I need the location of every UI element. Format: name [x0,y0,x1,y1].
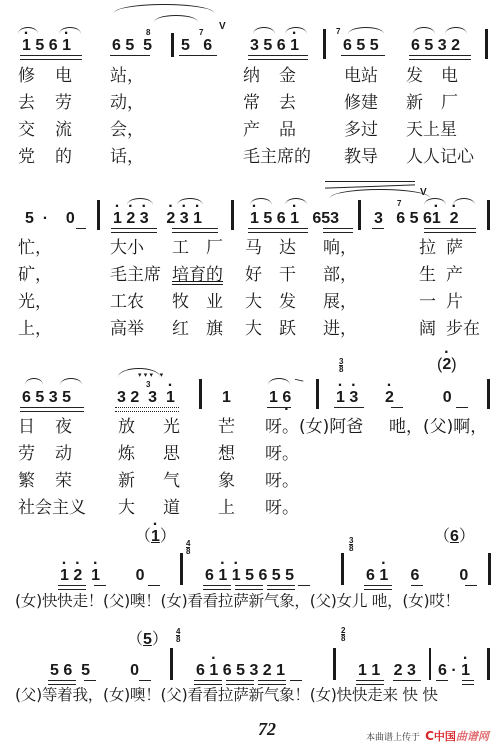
breath-mark: \ [294,376,305,384]
note: 6 [196,662,205,679]
ts-denominator: 8 [176,635,180,643]
ts-numerator: 3 [339,358,343,365]
bar-line [333,648,336,680]
lyric-line: (女)快快走！(父)噢！(女)看看拉萨新气象，(父)女儿 吔，(女)哎！ [15,591,460,611]
lyric: 工农 [110,292,144,312]
beam-underline [372,228,384,229]
ts-numerator: 2 [341,627,345,634]
lyric: 品 [279,120,296,140]
lyric: 新 [118,471,135,491]
lyric: 厂 [441,93,458,113]
lyric: 电 [441,66,458,86]
note: 1 [209,662,218,679]
note-measure-2: 1 2 3 2 3 1 [113,210,202,228]
note: 6 [258,567,267,584]
lyric: 气 [163,471,180,491]
lyric: 大 [245,319,262,339]
note-measure-2: 6 1 1 5 6 5 5 [205,567,294,585]
note: 1 [166,389,175,406]
lyric: 大小 [110,238,144,258]
note: 6 [423,210,432,227]
ts-numerator: 4 [186,540,190,547]
beam-underline [172,228,218,233]
beam-underline [391,407,403,408]
note: 2 [394,662,403,679]
beam-underline [235,585,263,590]
lyric: 马 [245,238,262,258]
note: 2 [442,356,451,373]
bar-line [341,553,344,585]
note-measure-2: 6 5 5 [112,37,152,55]
note: 5 [143,631,152,648]
slur [348,27,384,34]
beam-underline [341,55,385,56]
note-measure-3: 6 1 6 0 [366,567,468,585]
note: 5 [263,210,272,227]
note: 2 [450,210,459,227]
slur [60,378,82,385]
lyric: 放 [118,417,135,437]
note: 1 [461,662,470,679]
note-measure-3: 1 3 2 0 [336,389,452,407]
note: 3 [49,389,58,406]
lyric: 道 [163,498,180,518]
slur [268,378,290,385]
note-measure-3: 5 6 [181,37,212,55]
lyric: 多过 [344,120,378,140]
note: 1 [218,567,227,584]
lyric: 新 [406,93,423,113]
note: 5 [424,37,433,54]
note: 5 [410,210,419,227]
beam-underline [76,228,86,229]
lyric: 上 [218,498,235,518]
lyric: 修建 [344,93,378,113]
note-measure-4: 3 5 6 1 [250,37,299,55]
slur [424,198,446,205]
lyric: 一 [419,292,436,312]
ts-denominator: 8 [186,547,190,555]
slur [445,27,467,34]
brand-name-part2: 曲谱网 [456,730,489,743]
lyric: 产 [243,120,260,140]
beam-underline [436,680,448,681]
time-signature: 4 8 [186,540,190,555]
lyric: 光 [163,417,180,437]
lyric: 业 [206,292,223,312]
lyric: 思 [163,444,180,464]
lyric: 纳 [243,66,260,86]
time-signature: 3 8 [349,537,353,552]
note: 3 [249,662,258,679]
note: 6 [277,37,286,54]
beam-underline [323,228,353,233]
breath-mark: V [420,187,427,198]
beam-underline [248,228,308,233]
tie [154,15,198,22]
beam-underline [203,585,231,590]
lyric: 芒 [218,417,235,437]
lyric: 生 [419,265,436,285]
slur [253,27,275,34]
note: 5 [62,389,71,406]
lyric: 金 [279,66,296,86]
lyric: 电 [55,66,72,86]
lyric: 拉 [419,238,436,258]
note: 6 [205,567,214,584]
paren: （ [127,631,143,648]
bar-line [485,29,488,59]
lyric: 部， [323,265,357,285]
note-measure-4: 3 6 5 61 2 [374,210,459,228]
lyric: 响， [323,238,357,258]
lyric: 厂 [206,238,223,258]
paren: ） [152,631,168,648]
lyric: 劳 [55,93,72,113]
note: 5 [143,37,152,54]
bar-line [487,379,490,409]
lyric: 跃 [279,319,296,339]
lyric: 高举 [110,319,144,339]
lyric: 劳 [18,444,35,464]
accent-marks: ▾ ▾ ▾ ▾ [138,371,163,379]
lyric: 社会主义 [18,498,86,518]
note: 3 [148,389,157,406]
note: 3 [407,662,416,679]
lyric: 呀。 [265,498,299,518]
lyric: 光， [18,292,52,312]
note: 3 [140,210,149,227]
note: 2 [130,389,139,406]
note: 1 [290,37,299,54]
site-logo-icon: C [425,729,434,743]
note: 1 [269,389,278,406]
alt-note: （1） [135,528,176,546]
note: 2 [451,37,460,54]
bar-line [170,648,173,680]
bar-line [97,200,100,230]
dot: · [43,210,48,227]
time-signature: 4 8 [176,628,180,643]
lyric: 修 [18,66,35,86]
bar-line [231,200,234,230]
lyric: 日 [18,417,35,437]
lyric: 大 [245,292,262,312]
grace-note: 7 [336,27,340,36]
lyric: 干 [279,265,296,285]
note: 6 [396,210,405,227]
note: 5 [236,662,245,679]
note: 1 [60,567,69,584]
note: 2 [166,210,175,227]
rest: 0 [136,567,145,584]
note: 1 [91,567,100,584]
note: 1 [358,662,367,679]
beam-underline [20,407,84,412]
rest: 0 [130,662,139,679]
slur [413,27,435,34]
note: 6 [366,567,375,584]
ts-numerator: 4 [176,628,180,635]
note: 5 [50,662,59,679]
lyric: 矿， [18,265,52,285]
beam-underline [465,585,477,586]
rest: 0 [66,210,75,227]
lyric: 牧 [172,292,189,312]
lyric: 话， [110,147,144,167]
note: 6 [49,37,58,54]
note: 5 [125,37,134,54]
lyric: 展， [323,292,357,312]
note: 2 [126,210,135,227]
lyric: 大 [118,498,135,518]
lyric: 的 [55,147,72,167]
rest: 0 [459,567,468,584]
lyric: 片 [446,292,463,312]
lyric: 达 [279,238,296,258]
grace-note: 8 [146,28,150,37]
beam-underline [248,55,308,60]
note-measure-6: 6 5 3 2 [411,37,460,55]
note: 1 [193,210,202,227]
alt-note: （6） [434,528,475,546]
beam-underline [267,585,295,590]
paren: ） [160,528,176,545]
note: 3 [250,37,259,54]
hairpin-line [325,184,415,188]
lyric: 天上星 [406,120,457,140]
watermark-text: 本曲谱上传于 [366,733,420,743]
lyric: 想 [218,444,235,464]
beam-underline [298,585,310,586]
note-measure-1: 6 5 3 5 [22,389,71,407]
note: 6 [22,389,31,406]
note: 1 [290,210,299,227]
lyric: 呀。 [265,471,299,491]
lyric: 去 [18,93,35,113]
note: 5 [263,37,272,54]
hairpin-line [325,181,415,182]
paren: ） [459,528,475,545]
lyric: 忙， [18,238,52,258]
ts-denominator: 8 [339,365,343,373]
bar-line [488,553,491,585]
note: 6 [277,210,286,227]
note: 6 [312,210,321,227]
lyric: 旗 [206,319,223,339]
bar-line [171,33,174,57]
ts-denominator: 8 [349,544,353,552]
grace-note: 7 [199,28,203,37]
note: 2 [263,662,272,679]
lyric: 呀。 [265,444,299,464]
note: 5 [321,210,330,227]
beam-underline [94,585,106,586]
lyric: 好 [245,265,262,285]
watermark: 本曲谱上传于 C中国曲谱网 [366,725,489,744]
bar-line [487,200,490,230]
lyric: 工 [172,238,189,258]
rest: 0 [443,389,452,406]
dashed-bar-line [429,648,431,680]
page-number: 72 [258,719,276,740]
lyric: 动 [55,444,72,464]
note-measure-3: 1 1 2 3 [358,662,416,680]
note-measure-1: 5 6 5 0 [50,662,139,680]
time-signature: 2 8 [341,627,345,642]
note: 6 [112,37,121,54]
phrase-slur [330,189,430,198]
note: 6 [411,567,420,584]
lyric: 萨 [446,238,463,258]
note: 5 [370,37,379,54]
lyric: 党 [18,147,35,167]
bar-line [199,379,202,409]
beam-underline [424,228,476,233]
beam-underline [334,407,364,408]
ts-denominator: 8 [341,634,345,642]
beam-underline [115,407,179,412]
beam-underline [267,407,291,408]
beam-underline [411,585,423,586]
phrase-slur [114,4,214,13]
note-measure-2: 6 1 6 5 3 2 1 [196,662,285,680]
lyric: 炼 [118,444,135,464]
lyric: 产 [446,265,463,285]
beam-underline [58,585,86,590]
breath-mark: V [219,21,226,32]
bar-line [323,29,326,59]
bar-line [358,200,361,230]
note: 2 [385,389,394,406]
note: 6 [438,662,447,679]
bar-line [180,553,183,585]
lyric: 会， [110,120,144,140]
note: 1 [276,662,285,679]
note-measure-1: 5 · 0 [25,210,75,228]
note: 5 [285,567,294,584]
beam-underline [84,680,96,681]
slur [59,27,81,34]
grace-note: 7 [397,199,401,208]
note: 5 [245,567,254,584]
lyric: 阔 [419,319,436,339]
lyric: 流 [55,120,72,140]
note-measure-2b: 1 6 [269,389,291,407]
note: 1 [113,210,122,227]
lyric: 电站 [344,66,378,86]
note: 1 [371,662,380,679]
paren: （ [135,528,151,545]
lyric-line: (父)等着我，(女)噢！(父)看看拉萨新气象！(女)快快走来 快 快 [15,685,438,705]
beam-underline [139,680,151,681]
beam-underline [364,585,392,590]
lyric: 繁 [18,471,35,491]
lyric: 吔，(父)啊， [389,417,487,437]
note: 5 [35,389,44,406]
note: 5 [356,37,365,54]
lyric: 进， [323,319,357,339]
note: 3 [349,389,358,406]
note: 1 [432,210,441,227]
note: 1 [151,528,160,545]
ts-numerator: 3 [349,537,353,544]
lyric-underlined: 培育的 [172,265,223,285]
beam-underline [179,55,217,56]
bar-line [487,648,490,680]
time-signature: 3 8 [339,358,343,373]
note: 1 [379,567,388,584]
lyric: 动， [110,93,144,113]
alt-note: (2) [437,356,457,374]
note: 3 [180,210,189,227]
note: 6 [203,37,212,54]
note: 2 [73,567,82,584]
lyric: 交 [18,120,35,140]
note: 1 [232,567,241,584]
note: 3 [117,389,126,406]
note: 5 [35,37,44,54]
lyric: 荣 [55,471,72,491]
note: 3 [330,210,339,227]
bar-line [316,379,319,409]
grace-note: 3 [146,380,150,389]
note-measure-3: 1 5 6 1 653 [250,210,339,228]
note: 6 [343,37,352,54]
beam-underline [393,680,421,681]
lyric: 毛主席的 [243,147,311,167]
dot: · [451,662,456,679]
note: 6 [223,662,232,679]
note: 5 [181,37,190,54]
note: 6 [450,528,459,545]
note: 6 [282,389,291,406]
slur [25,378,43,385]
beam-underline [409,55,471,60]
beam-underline [290,680,302,681]
note-measure-4: 6 · 1 [438,662,470,680]
note: 1 [250,210,259,227]
paren: （ [434,528,450,545]
lyric: 人人记心 [406,147,474,167]
beam-underline [110,55,150,56]
beam-underline [148,585,160,586]
note: 5 [81,662,90,679]
lyric: 站， [110,66,144,86]
slur [453,198,475,205]
note: 1 [336,389,345,406]
lyric: 象 [218,471,235,491]
lyric: 红 [172,319,189,339]
alt-note: （5） [127,631,168,649]
lyric: 去 [279,93,296,113]
note-measure-1b: 3 2 3 1 [117,389,175,407]
beam-underline [456,407,468,408]
lyric: 夜 [55,417,72,437]
note: 3 [438,37,447,54]
lyric: 发 [406,66,423,86]
beam-underline [111,228,157,233]
note: 1 [62,37,71,54]
beam-underline [20,55,82,60]
note-measure-5: 6 5 5 [343,37,379,55]
lyric: 步在 [446,319,480,339]
note-measure-2: 1 [222,389,231,407]
lyric: 教导 [344,147,378,167]
beam-underline [462,680,474,685]
lyric: 毛主席 [110,265,161,285]
lyric: 发 [279,292,296,312]
